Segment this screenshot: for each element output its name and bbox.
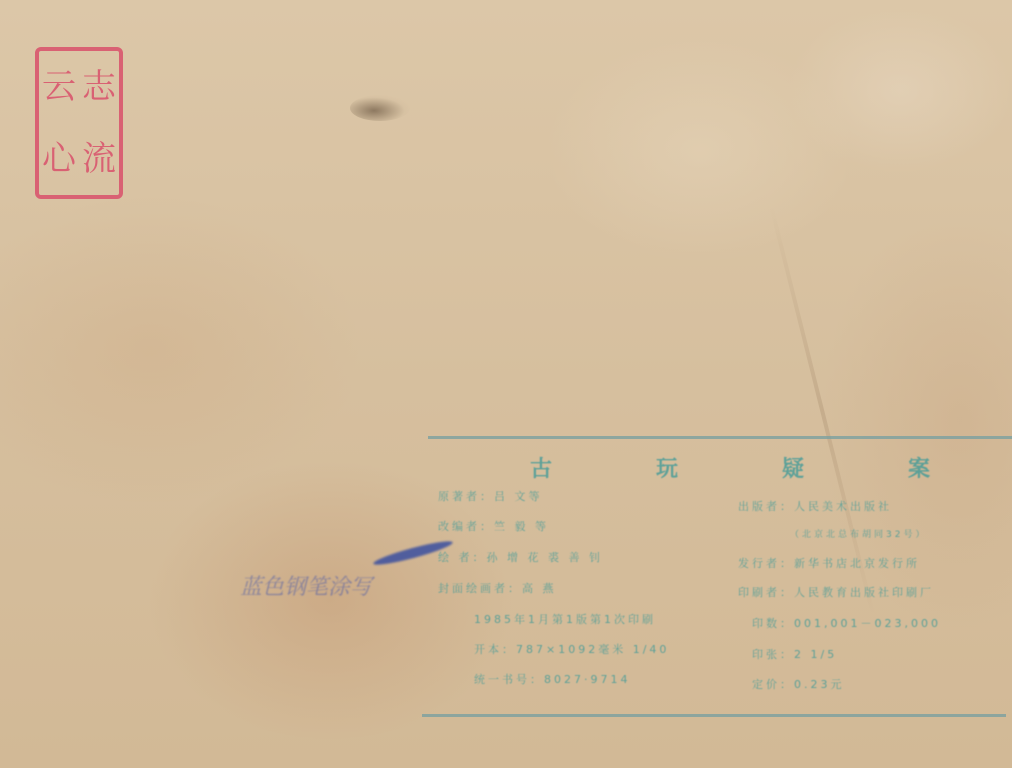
title-char: 玩 xyxy=(656,452,678,483)
title-char: 疑 xyxy=(782,452,804,483)
colophon-bottom-rule xyxy=(422,714,1006,717)
book-title: 古 玩 疑 案 xyxy=(530,452,930,483)
seal-char: 流 xyxy=(79,123,119,195)
distributor-line: 发行者：新华书店北京发行所 xyxy=(738,555,920,571)
blue-ink-scribble: 蓝色钢笔涂写 xyxy=(240,570,440,680)
red-seal-stamp: 云 志 心 流 xyxy=(35,47,123,199)
original-author-line: 原著者：吕 文等 xyxy=(438,488,543,504)
cover-artist-line: 封面绘画者：高 燕 xyxy=(438,580,557,596)
publisher-line: 出版者：人民美术出版社 xyxy=(738,498,892,514)
title-char: 案 xyxy=(908,452,930,483)
title-char: 古 xyxy=(530,452,552,483)
seal-char: 心 xyxy=(39,123,79,195)
dark-stain xyxy=(350,95,410,121)
seal-char: 志 xyxy=(79,51,119,123)
edition-line: 1985年1月第1版第1次印刷 xyxy=(474,611,656,627)
format-line: 开本：787×1092毫米 1/40 xyxy=(474,641,669,657)
colophon-top-rule xyxy=(428,436,1012,439)
printer-line: 印刷者：人民教育出版社印刷厂 xyxy=(738,584,934,600)
price-line: 定价：0.23元 xyxy=(752,676,845,692)
sheets-line: 印张：2 1/5 xyxy=(752,646,837,662)
illustrator-line: 绘 者：孙 增 花 裘 善 钊 xyxy=(438,549,603,565)
adapter-line: 改编者：竺 毅 等 xyxy=(438,518,549,534)
seal-char: 云 xyxy=(39,51,79,123)
book-number-line: 统一书号：8027·9714 xyxy=(474,671,631,687)
print-run-line: 印数：001,001－023,000 xyxy=(752,615,941,631)
publisher-address-line: （北京北总布胡同32号） xyxy=(790,527,927,540)
